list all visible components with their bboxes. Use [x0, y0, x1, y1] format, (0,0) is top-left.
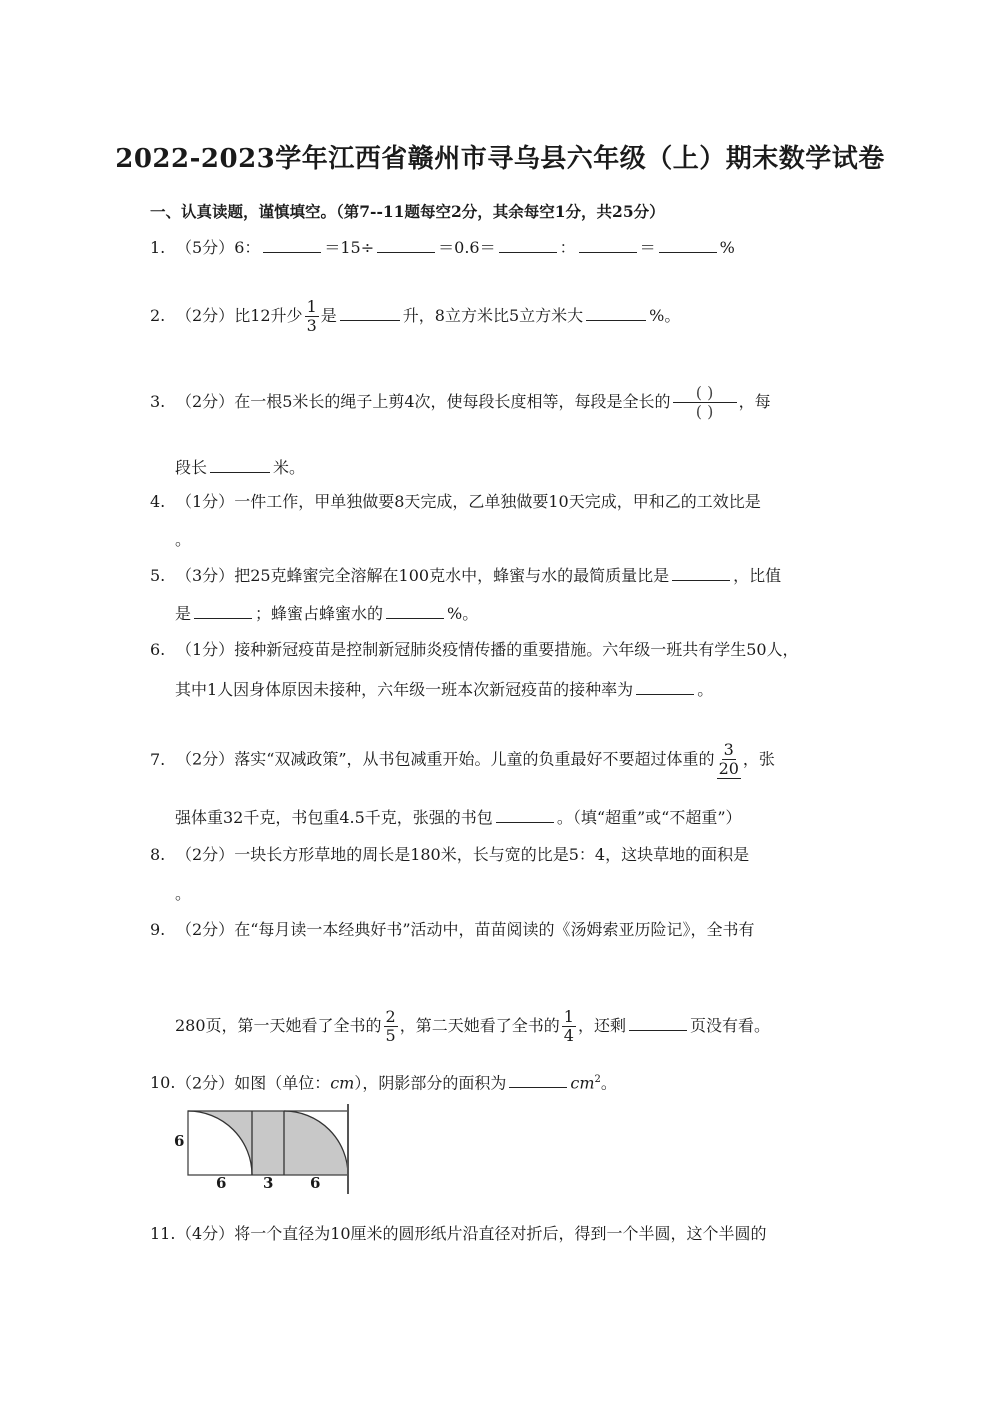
question-11: 11.（4分）将一个直径为10厘米的圆形纸片沿直径对折后，得到一个半圆，这个半圆…	[150, 1222, 767, 1246]
width-label-right: 6	[310, 1174, 320, 1192]
answer-blank[interactable]	[499, 236, 557, 253]
question-5: 5.（3分）把25克蜂蜜完全溶解在100克水中，蜂蜜与水的最简质量比是，比值	[150, 564, 781, 588]
answer-blank[interactable]	[586, 304, 646, 321]
answer-blank[interactable]	[377, 236, 435, 253]
answer-blank[interactable]	[636, 678, 694, 695]
section-heading: 一、认真读题，谨慎填空。（第7--11题每空2分，其余每空1分，共25分）	[150, 200, 665, 222]
answer-blank[interactable]	[659, 236, 717, 253]
shaded-area-figure: 6 6 3 6	[170, 1100, 370, 1204]
question-3-cont: 段长米。	[175, 456, 305, 480]
answer-blank[interactable]	[194, 602, 252, 619]
question-5-cont: 是；蜂蜜占蜂蜜水的%。	[175, 602, 478, 626]
fraction: 25	[384, 1008, 398, 1045]
question-6: 6.（1分）接种新冠疫苗是控制新冠肺炎疫情传播的重要措施。六年级一班共有学生50…	[150, 638, 799, 662]
answer-blank[interactable]	[210, 456, 270, 473]
question-4: 4.（1分）一件工作，甲单独做要8天完成，乙单独做要10天完成，甲和乙的工效比是	[150, 490, 761, 514]
fraction: 13	[305, 298, 319, 335]
fraction: 14	[562, 1008, 576, 1045]
width-label-middle: 3	[263, 1174, 273, 1192]
question-9-cont: 280页，第一天她看了全书的25，第二天她看了全书的14，还剩页没有看。	[175, 1008, 770, 1045]
answer-blank[interactable]	[496, 806, 554, 823]
question-2: 2.（2分）比12升少13是升，8立方米比5立方米大%。	[150, 298, 680, 335]
question-10: 10.（2分）如图（单位：cm），阴影部分的面积为cm2。	[150, 1068, 617, 1095]
question-4-cont: 。	[175, 528, 191, 552]
question-8: 8.（2分）一块长方形草地的周长是180米，长与宽的比是5：4，这块草地的面积是	[150, 843, 749, 867]
width-label-left: 6	[216, 1174, 226, 1192]
answer-blank[interactable]	[263, 236, 321, 253]
fraction: 320	[717, 741, 741, 779]
question-8-cont: 。	[175, 882, 191, 906]
page-title: 2022-2023学年江西省赣州市寻乌县六年级（上）期末数学试卷	[0, 138, 1000, 175]
height-label: 6	[174, 1132, 184, 1150]
question-3: 3.（2分）在一根5米长的绳子上剪4次，使每段长度相等，每段是全长的( )( )…	[150, 384, 771, 421]
answer-blank[interactable]	[509, 1071, 567, 1088]
answer-blank[interactable]	[386, 602, 444, 619]
question-7-cont: 强体重32千克，书包重4.5千克，张强的书包。（填“超重”或“不超重”）	[175, 806, 742, 830]
answer-blank[interactable]	[340, 304, 400, 321]
fraction-blank[interactable]: ( )( )	[673, 384, 737, 421]
answer-blank[interactable]	[672, 564, 730, 581]
question-9: 9.（2分）在“每月读一本经典好书”活动中，苗苗阅读的《汤姆索亚历险记》，全书有	[150, 918, 755, 942]
answer-blank[interactable]	[629, 1014, 687, 1031]
question-1: 1.（5分）6：＝15÷＝0.6＝：＝%	[150, 236, 735, 260]
question-6-cont: 其中1人因身体原因未接种，六年级一班本次新冠疫苗的接种率为。	[175, 678, 713, 702]
question-7: 7.（2分）落实“双减政策”，从书包减重开始。儿童的负重最好不要超过体重的320…	[150, 741, 775, 779]
answer-blank[interactable]	[579, 236, 637, 253]
